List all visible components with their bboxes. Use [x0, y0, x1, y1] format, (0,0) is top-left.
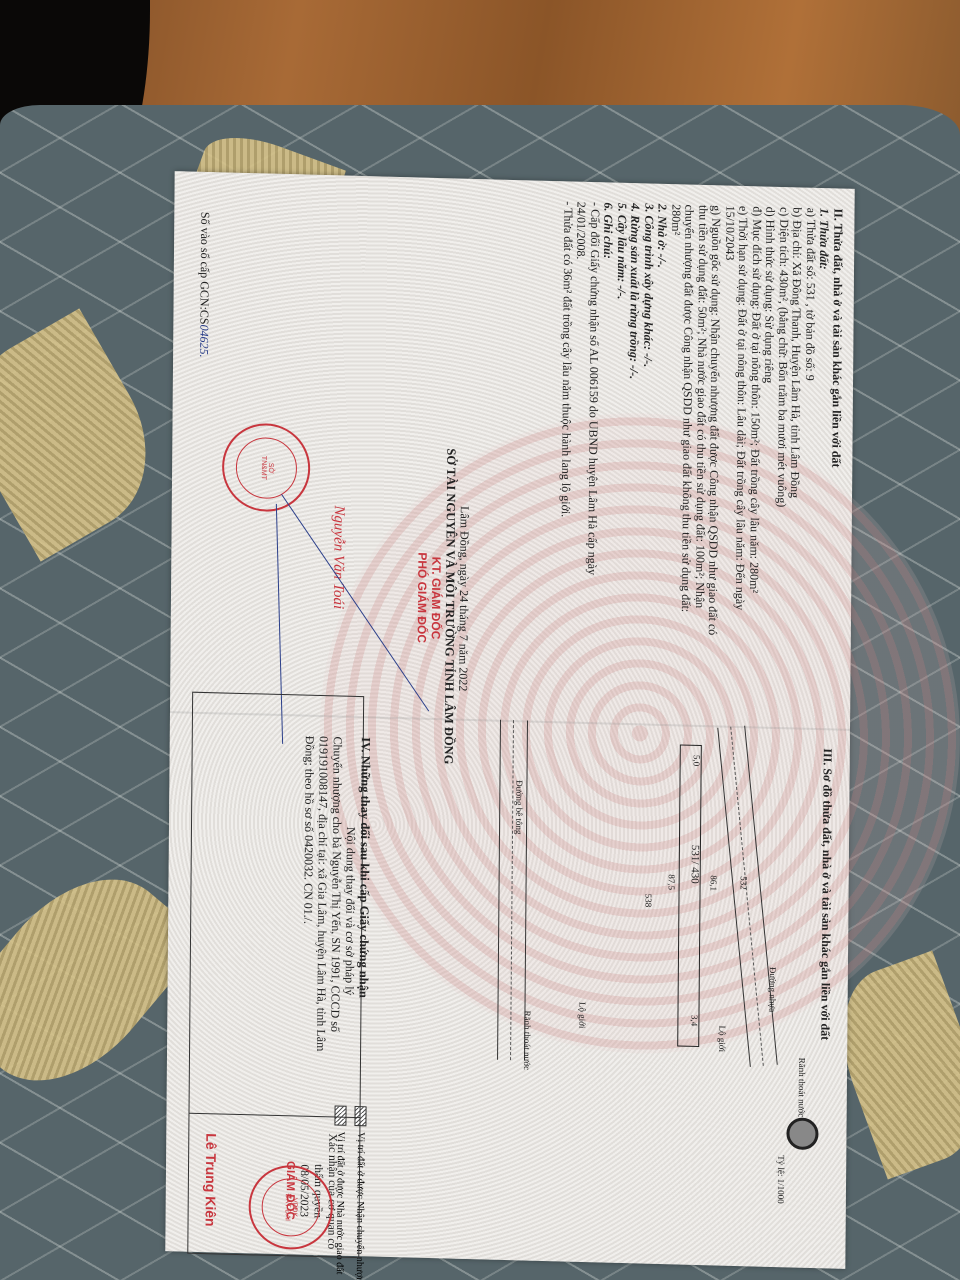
- issuing-org: SỞ TÀI NGUYÊN VÀ MÔI TRƯỜNG TỈNH LÂM ĐỒN…: [442, 448, 459, 748]
- road-label: Đường nhựa: [768, 967, 778, 1013]
- leaf-pattern: [0, 308, 179, 561]
- registry-label: Số vào sổ cấp GCN:CS: [197, 212, 212, 325]
- registry-number: Số vào sổ cấp GCN:CS04625.: [196, 212, 212, 358]
- neighbor-label: 538: [643, 894, 653, 908]
- column-header: Nội dung thay đổi và cơ sở pháp lý: [342, 737, 359, 1053]
- road-label: Đường bê tông: [514, 780, 524, 834]
- registry-value: 04625.: [197, 324, 211, 357]
- drain-label: Rãnh thoát nước: [522, 1010, 533, 1070]
- land-certificate-page: II. Thửa đất, nhà ở và tài sản khác gắn …: [165, 171, 854, 1269]
- table-column-divider: [189, 1113, 359, 1118]
- section-iv-title: IV. Những thay đổi sau khi cấp Giấy chứn…: [356, 737, 373, 1053]
- signer-name: Nguyễn Văn Toái: [329, 505, 347, 609]
- section-iv-content: IV. Những thay đổi sau khi cấp Giấy chứn…: [300, 736, 373, 1053]
- change-line: 019191008147, địa chỉ tại: xã Gia Lâm, h…: [314, 736, 331, 1052]
- road-asphalt: [717, 726, 777, 1067]
- parcel-label: 531/ 430: [689, 845, 701, 884]
- parcel-outline: [677, 744, 702, 1047]
- sign-date: Lâm Đồng, ngày 24 tháng 7 năm 2022: [456, 449, 473, 749]
- dim-label: 5,0: [692, 755, 702, 767]
- road-concrete: [497, 720, 528, 1061]
- map-scale: Tỷ lệ: 1/1000: [776, 1155, 786, 1204]
- red-stamp: SỞTN&MT: [222, 422, 311, 512]
- neighbor-label: 532: [739, 876, 749, 890]
- dim-label: 87,5: [667, 874, 677, 890]
- section-ii: II. Thửa đất, nhà ở và tài sản khác gắn …: [557, 201, 845, 728]
- setback-label: Lộ giới: [717, 1025, 727, 1052]
- dim-label: 3,4: [689, 1015, 699, 1027]
- compass-icon: [786, 1117, 818, 1150]
- change-line: Chuyển nhượng cho bà Nguyễn Thị Yến, SN …: [328, 736, 345, 1052]
- red-stamp: VPĐKĐẤT ĐAI: [248, 1164, 333, 1250]
- section-iv-table: IV. Những thay đổi sau khi cấp Giấy chứn…: [187, 692, 364, 1259]
- setback-label: Lộ giới: [577, 1002, 587, 1029]
- dim-label: 86,1: [709, 875, 719, 891]
- confirm-signer: Lê Trung Kiên: [203, 1133, 220, 1227]
- parcel-map: 531/ 430 86,1 87,5 5,0 3,4 532 538 Đường…: [477, 719, 830, 1108]
- drain-label: Rãnh thoát nước: [797, 1058, 808, 1118]
